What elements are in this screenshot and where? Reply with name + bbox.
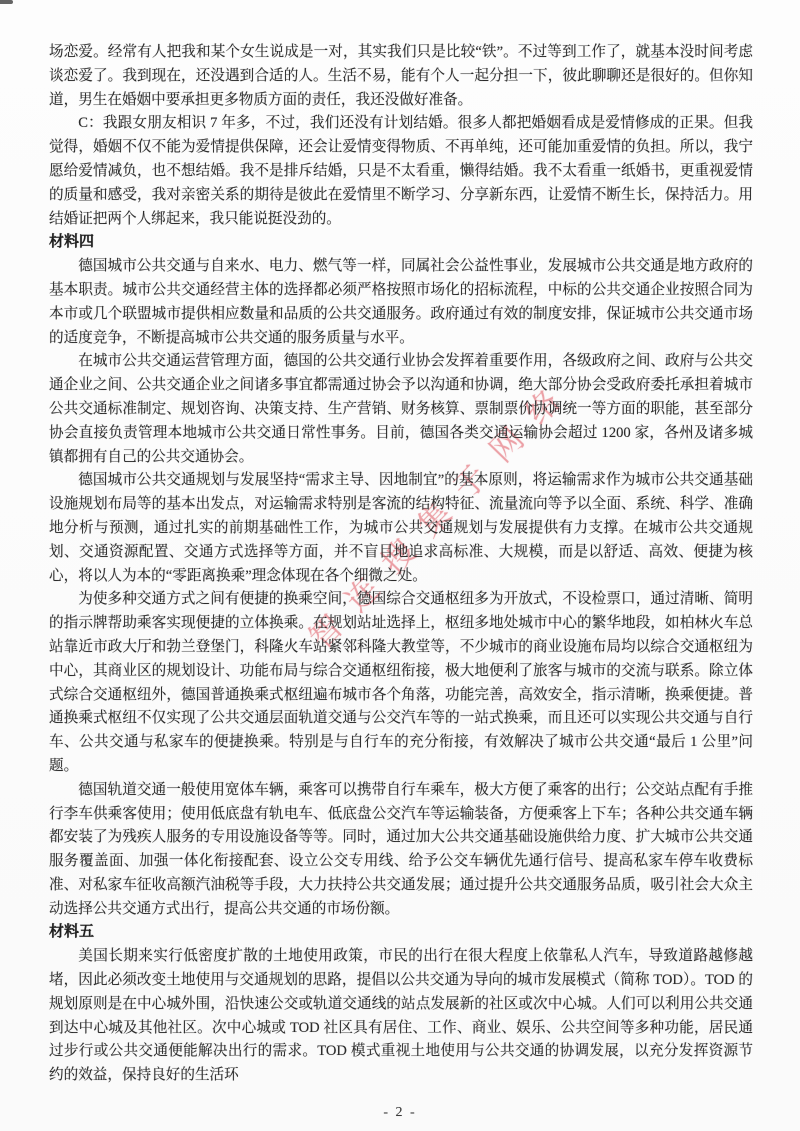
page-number: - 2 - bbox=[0, 1105, 800, 1121]
material-heading: 材料四 bbox=[49, 231, 753, 255]
body-paragraph: 在城市公共交通运营管理方面，德国的公共交通行业协会发挥着重要作用，各级政府之间、… bbox=[49, 350, 753, 469]
body-paragraph: 德国城市公共交通与自来水、电力、燃气等一样，同属社会公益性事业，发展城市公共交通… bbox=[49, 255, 753, 350]
body-paragraph: 美国长期来实行低密度扩散的土地使用政策，市民的出行在很大程度上依靠私人汽车，导致… bbox=[49, 945, 753, 1088]
body-paragraph: C：我跟女朋友相识 7 年多，不过，我们还没有计划结婚。很多人都把婚姻看成是爱情… bbox=[49, 112, 753, 231]
body-paragraph: 为使多种交通方式之间有便捷的换乘空间，德国综合交通枢纽多为开放式，不设检票口，通… bbox=[49, 588, 753, 778]
body-paragraph: 德国城市公共交通规划与发展坚持“需求主导、因地制宜”的基本原则，将运输需求作为城… bbox=[49, 469, 753, 588]
material-heading: 材料五 bbox=[49, 921, 753, 945]
body-paragraph: 场恋爱。经常有人把我和某个女生说成是一对，其实我们只是比较“铁”。不过等到工作了… bbox=[49, 41, 753, 112]
body-paragraph: 德国轨道交通一般使用宽体车辆，乘客可以携带自行车乘车，极大方便了乘客的出行；公交… bbox=[49, 779, 753, 922]
scan-artifact-mark bbox=[0, 0, 13, 4]
page-content: 场恋爱。经常有人把我和某个女生说成是一对，其实我们只是比较“铁”。不过等到工作了… bbox=[49, 41, 753, 1088]
document-page: 智连搜集于网络 场恋爱。经常有人把我和某个女生说成是一对，其实我们只是比较“铁”… bbox=[0, 0, 800, 1131]
